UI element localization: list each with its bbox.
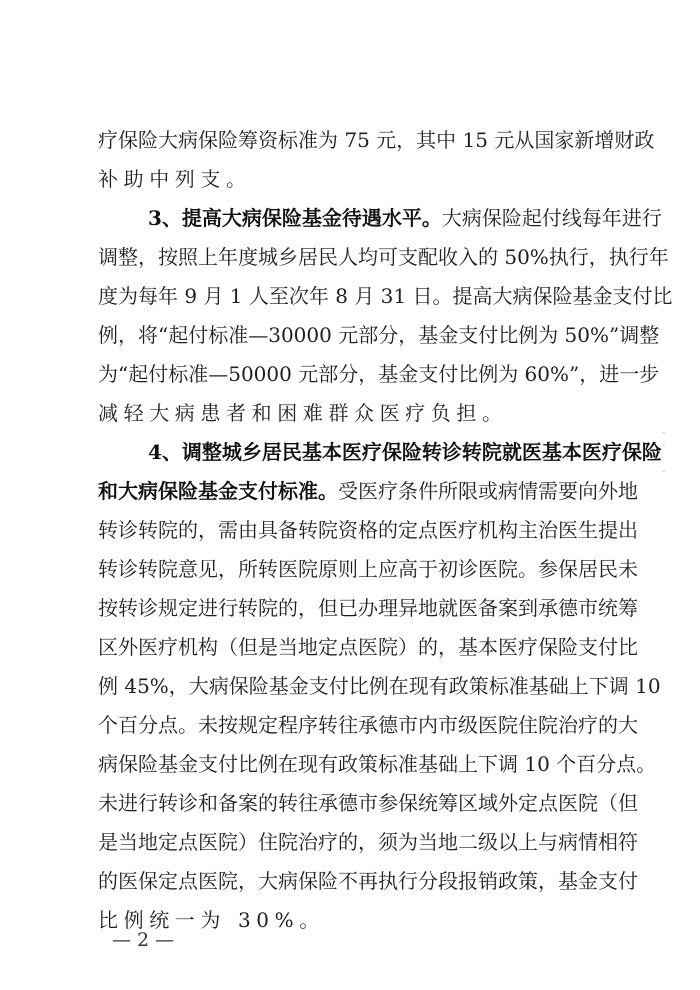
text-line: 比例统一为 30%。 [98,901,614,940]
text-line: 例，将“起付标准—30000 元部分，基金支付比例为 50%”调整 [98,316,614,355]
text-line: 按转诊规定进行转院的，但已办理异地就医备案到承德市统筹 [98,589,614,628]
page-number: — 2 — [112,926,174,954]
text-line: 转诊转院的，需由具备转院资格的定点医疗机构主治医生提出 [98,511,614,550]
text-line: 补助中列支。 [98,160,614,199]
section-heading-4: 4、调整城乡居民基本医疗保险转诊转院就医基本医疗保险 [148,433,614,472]
text-line: 未进行转诊和备案的转往承德市参保统筹区域外定点医院（但 [98,784,614,823]
paragraph-4-second-line: 和大病保险基金支付标准。受医疗条件所限或病情需要向外地 [98,472,614,511]
text-line: 个百分点。未按规定程序转往承德市内市级医院住院治疗的大 [98,706,614,745]
document-page: 疗保险大病保险筹资标准为 75 元，其中 15 元从国家新增财政 补助中列支。 … [0,0,700,990]
text-span: 受医疗条件所限或病情需要向外地 [338,479,638,503]
text-line: 为“起付标准—50000 元部分，基金支付比例为 60%”，进一步 [98,355,614,394]
text-line: 例 45%，大病保险基金支付比例在现有政策标准基础上下调 10 [98,667,614,706]
scan-artifact [662,471,665,472]
section-heading-4-cont: 和大病保险基金支付标准。 [98,479,338,503]
text-line: 疗保险大病保险筹资标准为 75 元，其中 15 元从国家新增财政 [98,121,614,160]
section-heading-3: 3、提高大病保险基金待遇水平。 [148,206,442,230]
text-line: 转诊转院意见，所转医院原则上应高于初诊医院。参保居民未 [98,550,614,589]
scan-artifact [662,445,665,446]
text-line: 是当地定点医院）住院治疗的，须为当地二级以上与病情相符 [98,823,614,862]
text-line: 度为每年 9 月 1 人至次年 8 月 31 日。提高大病保险基金支付比 [98,277,614,316]
text-line: 减轻大病患者和困难群众医疗负担。 [98,394,614,433]
text-span: 大病保险起付线每年进行 [442,206,662,230]
text-line: 的医保定点医院，大病保险不再执行分段报销政策，基金支付 [98,862,614,901]
text-line: 区外医疗机构（但是当地定点医院）的，基本医疗保险支付比 [98,628,614,667]
text-line: 调整，按照上年度城乡居民人均可支配收入的 50%执行，执行年 [98,238,614,277]
text-line: 病保险基金支付比例在现有政策标准基础上下调 10 个百分点。 [98,745,614,784]
paragraph-3-first-line: 3、提高大病保险基金待遇水平。大病保险起付线每年进行 [148,199,614,238]
scan-artifact [662,432,665,433]
